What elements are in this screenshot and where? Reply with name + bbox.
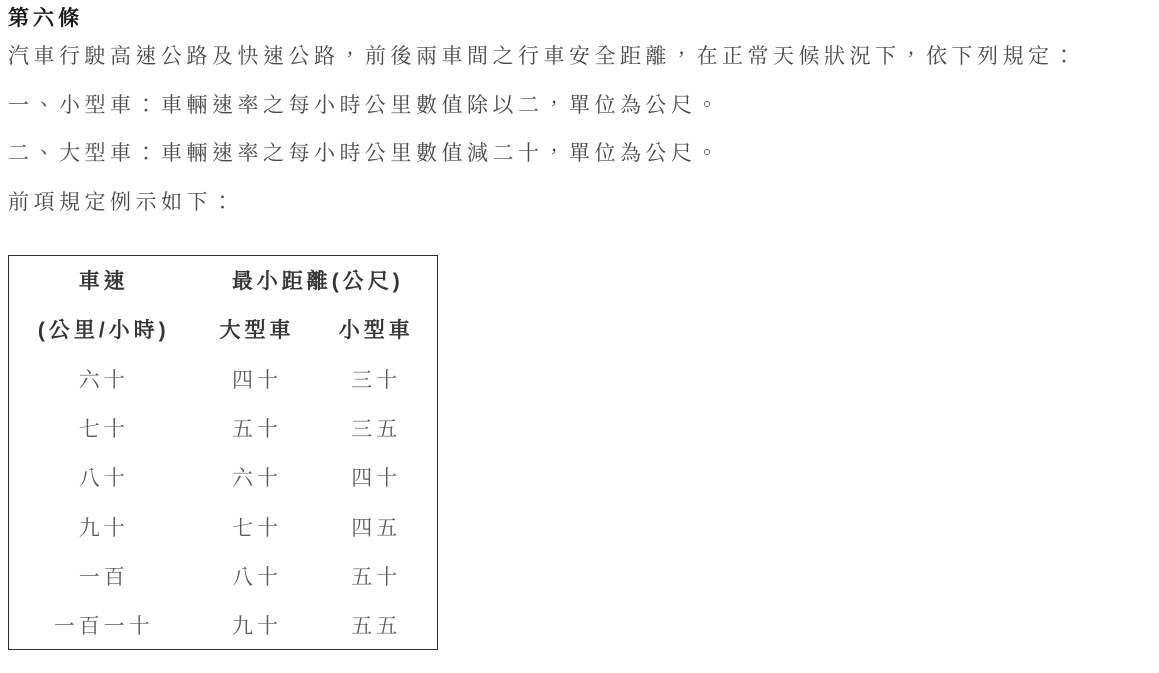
table-row: 八十 六十 四十 — [9, 453, 438, 502]
cell-large-vehicle-distance: 八十 — [199, 551, 316, 600]
cell-small-vehicle-distance: 五五 — [316, 601, 438, 650]
cell-speed: 八十 — [9, 453, 199, 502]
cell-large-vehicle-distance: 六十 — [199, 453, 316, 502]
cell-large-vehicle-distance: 七十 — [199, 502, 316, 551]
cell-small-vehicle-distance: 四十 — [316, 453, 438, 502]
table-row: 一百 八十 五十 — [9, 551, 438, 600]
cell-large-vehicle-distance: 四十 — [199, 354, 316, 403]
article-body: 汽車行駛高速公路及快速公路，前後兩車間之行車安全距離，在正常天候狀況下，依下列規… — [8, 33, 1151, 227]
cell-small-vehicle-distance: 三五 — [316, 403, 438, 452]
cell-large-vehicle-distance: 五十 — [199, 403, 316, 452]
header-large-vehicle: 大型車 — [199, 305, 316, 354]
document-page: 第六條 汽車行駛高速公路及快速公路，前後兩車間之行車安全距離，在正常天候狀況下，… — [0, 0, 1159, 673]
cell-small-vehicle-distance: 三十 — [316, 354, 438, 403]
table-header-row-2: (公里/小時) 大型車 小型車 — [9, 305, 438, 354]
header-min-distance: 最小距離(公尺) — [199, 256, 438, 305]
article-title: 第六條 — [8, 5, 1151, 33]
table-row: 一百一十 九十 五五 — [9, 601, 438, 650]
table-row: 九十 七十 四五 — [9, 502, 438, 551]
table-row: 七十 五十 三五 — [9, 403, 438, 452]
table-header-row-1: 車速 最小距離(公尺) — [9, 256, 438, 305]
cell-speed: 一百一十 — [9, 601, 199, 650]
header-speed: 車速 — [9, 256, 199, 305]
article-example-intro: 前項規定例示如下： — [8, 179, 1151, 228]
safe-distance-table: 車速 最小距離(公尺) (公里/小時) 大型車 小型車 六十 四十 三十 七十 … — [8, 255, 438, 650]
cell-speed: 九十 — [9, 502, 199, 551]
table-row: 六十 四十 三十 — [9, 354, 438, 403]
header-speed-unit: (公里/小時) — [9, 305, 199, 354]
article-paragraph-main: 汽車行駛高速公路及快速公路，前後兩車間之行車安全距離，在正常天候狀況下，依下列規… — [8, 33, 1151, 82]
cell-large-vehicle-distance: 九十 — [199, 601, 316, 650]
header-small-vehicle: 小型車 — [316, 305, 438, 354]
article-item-large-vehicle-rule: 二、大型車：車輛速率之每小時公里數值減二十，單位為公尺。 — [8, 130, 1151, 179]
cell-speed: 六十 — [9, 354, 199, 403]
cell-small-vehicle-distance: 四五 — [316, 502, 438, 551]
article-item-small-vehicle-rule: 一、小型車：車輛速率之每小時公里數值除以二，單位為公尺。 — [8, 82, 1151, 131]
cell-speed: 一百 — [9, 551, 199, 600]
cell-small-vehicle-distance: 五十 — [316, 551, 438, 600]
cell-speed: 七十 — [9, 403, 199, 452]
